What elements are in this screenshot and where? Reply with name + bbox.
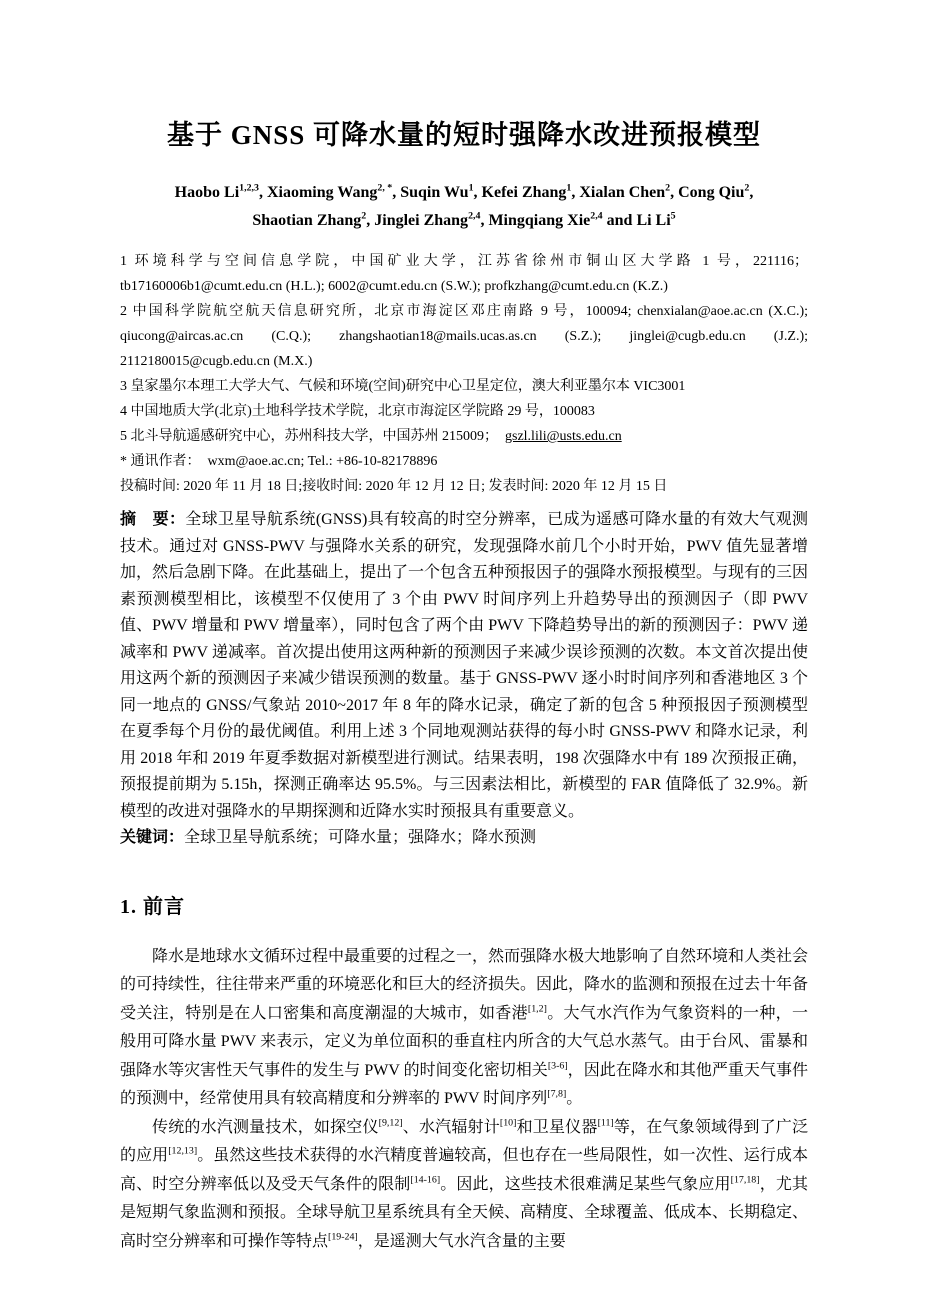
reference-superscript: 2 bbox=[744, 183, 749, 194]
intro-paragraph-1: 降水是地球水文循环过程中最重要的过程之一，然而强降水极大地影响了自然环境和人类社… bbox=[120, 943, 808, 1114]
abstract: 摘 要：全球卫星导航系统(GNSS)具有较高的时空分辨率，已成为遥感可降水量的有… bbox=[120, 507, 808, 825]
reference-superscript: 1,2,3 bbox=[239, 183, 259, 194]
abstract-label: 摘 要： bbox=[120, 511, 185, 528]
dates-line: 投稿时间: 2020 年 11 月 18 日;接收时间: 2020 年 12 月… bbox=[120, 474, 808, 499]
keywords-label: 关键词： bbox=[120, 829, 184, 846]
abstract-text: 全球卫星导航系统(GNSS)具有较高的时空分辨率，已成为遥感可降水量的有效大气观… bbox=[120, 511, 808, 820]
reference-superscript: [11] bbox=[598, 1117, 614, 1128]
affiliation-2: 2 中国科学院航空航天信息研究所，北京市海淀区邓庄南路 9 号，100094; … bbox=[120, 299, 808, 374]
reference-superscript: 5 bbox=[671, 211, 676, 222]
reference-superscript: 1 bbox=[566, 183, 571, 194]
paper-page: 基于 GNSS 可降水量的短时强降水改进预报模型 Haobo Li1,2,3, … bbox=[0, 0, 926, 1309]
intro-paragraph-2: 传统的水汽测量技术，如探空仪[9,12]、水汽辐射计[10]和卫星仪器[11]等… bbox=[120, 1114, 808, 1257]
reference-superscript: [1,2] bbox=[528, 1003, 547, 1014]
affiliations-block: 1 环境科学与空间信息学院，中国矿业大学，江苏省徐州市铜山区大学路 1 号，22… bbox=[120, 249, 808, 499]
affiliation-3: 3 皇家墨尔本理工大学大气、气候和环境(空间)研究中心卫星定位，澳大利亚墨尔本 … bbox=[120, 374, 808, 399]
reference-superscript: 2,4 bbox=[468, 211, 480, 222]
reference-superscript: [7,8] bbox=[547, 1089, 566, 1100]
keywords: 关键词：全球卫星导航系统；可降水量；强降水；降水预测 bbox=[120, 825, 808, 852]
reference-superscript: 2 bbox=[665, 183, 670, 194]
abstract-block: 摘 要：全球卫星导航系统(GNSS)具有较高的时空分辨率，已成为遥感可降水量的有… bbox=[120, 507, 808, 852]
section-heading-introduction: 1. 前言 bbox=[120, 890, 808, 919]
reference-superscript: [17,18] bbox=[731, 1174, 760, 1185]
reference-superscript: [14-16] bbox=[410, 1174, 440, 1185]
paper-screenshot: { "document": { "title": "基于 GNSS 可降水量的短… bbox=[0, 0, 926, 1309]
author-line-1: Haobo Li1,2,3, Xiaoming Wang2, *, Suqin … bbox=[120, 179, 808, 207]
affiliation-1: 1 环境科学与空间信息学院，中国矿业大学，江苏省徐州市铜山区大学路 1 号，22… bbox=[120, 249, 808, 299]
author-line-2: Shaotian Zhang2, Jinglei Zhang2,4, Mingq… bbox=[120, 207, 808, 235]
affiliation-5: 5 北斗导航遥感研究中心，苏州科技大学，中国苏州 215009； gszl.li… bbox=[120, 424, 808, 449]
reference-superscript: 2,4 bbox=[590, 211, 602, 222]
reference-superscript: [10] bbox=[500, 1117, 517, 1128]
email-link[interactable]: gszl.lili@usts.edu.cn bbox=[505, 429, 622, 444]
paper-title: 基于 GNSS 可降水量的短时强降水改进预报模型 bbox=[120, 118, 808, 153]
reference-superscript: 2 bbox=[361, 211, 366, 222]
reference-superscript: [19-24] bbox=[328, 1231, 358, 1242]
reference-superscript: [9,12] bbox=[379, 1117, 403, 1128]
reference-superscript: [12,13] bbox=[168, 1146, 197, 1157]
reference-superscript: [3-6] bbox=[548, 1060, 568, 1071]
affiliation-4: 4 中国地质大学(北京)土地科学技术学院，北京市海淀区学院路 29 号，1000… bbox=[120, 399, 808, 424]
correspondence-line: * 通讯作者： wxm@aoe.ac.cn; Tel.: +86-10-8217… bbox=[120, 449, 808, 474]
reference-superscript: 2, * bbox=[377, 183, 392, 194]
keywords-text: 全球卫星导航系统；可降水量；强降水；降水预测 bbox=[184, 829, 536, 846]
author-list: Haobo Li1,2,3, Xiaoming Wang2, *, Suqin … bbox=[120, 179, 808, 235]
reference-superscript: 1 bbox=[469, 183, 474, 194]
